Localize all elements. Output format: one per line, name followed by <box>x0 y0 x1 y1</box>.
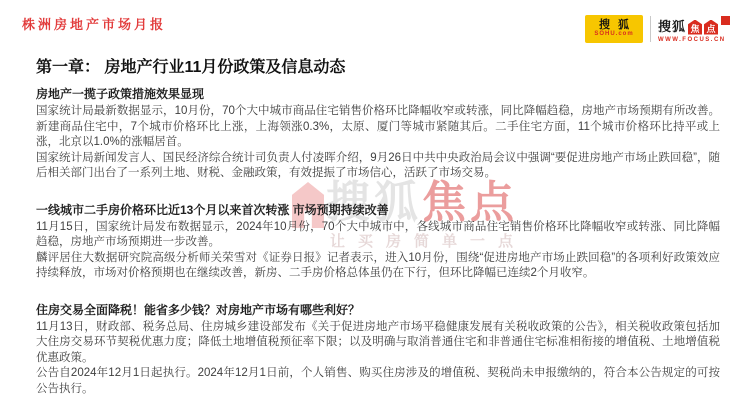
focus-house-icon: 焦 <box>688 20 702 35</box>
section-paragraph: 公告自2024年12月1日起执行。2024年12月1日前，个人销售、购买住房涉及… <box>36 366 720 397</box>
section-heading: 房地产一揽子政策措施效果显现 <box>36 86 720 102</box>
section-paragraph: 麟评居住大数据研究院高级分析师关荣雪对《证券日报》记者表示，进入10月份，围绕“… <box>36 251 720 282</box>
section-heading: 一线城市二手房价格环比近13个月以来首次转涨 市场预期持续改善 <box>36 202 720 218</box>
focus-logo-caption: WWW.FOCUS.CN <box>658 37 726 43</box>
focus-logo-badge <box>721 16 730 25</box>
focus-logo-prefix: 搜狐 <box>658 16 686 35</box>
section-paragraph: 11月13日，财政部、税务总局、住房城乡建设部发布《关于促进房地产市场平稳健康发… <box>36 320 720 367</box>
sohu-logo-text: 搜狐 <box>591 20 637 31</box>
section-paragraph: 国家统计局最新数据显示，10月份，70个大中城市商品住宅销售价格环比降幅收窄或转… <box>36 104 720 151</box>
chapter-title: 第一章： 房地产行业11月份政策及信息动态 <box>36 54 345 77</box>
report-content: 房地产一揽子政策措施效果显现 国家统计局最新数据显示，10月份，70个大中城市商… <box>36 86 720 416</box>
section-paragraph: 国家统计局新闻发言人、国民经济综合统计司负责人付凌晖介绍，9月26日中共中央政治… <box>36 151 720 182</box>
section-policy-effect: 房地产一揽子政策措施效果显现 国家统计局最新数据显示，10月份，70个大中城市商… <box>36 86 720 182</box>
section-heading: 住房交易全面降税！能省多少钱？对房地产市场有哪些利好？ <box>36 302 720 318</box>
section-tax-cuts: 住房交易全面降税！能省多少钱？对房地产市场有哪些利好？ 11月13日，财政部、税… <box>36 302 720 398</box>
sohu-logo-caption: SOHU.com <box>594 31 633 38</box>
sohu-focus-logo: 搜狐 焦 点 WWW.FOCUS.CN <box>658 16 730 43</box>
focus-house-icon: 点 <box>704 20 718 35</box>
sohu-logo: 搜狐 SOHU.com <box>585 15 643 43</box>
logo-area: 搜狐 SOHU.com 搜狐 焦 点 WWW.FOCUS.CN <box>585 15 730 43</box>
logo-divider <box>650 16 651 42</box>
section-secondhand-prices: 一线城市二手房价格环比近13个月以来首次转涨 市场预期持续改善 11月15日，国… <box>36 202 720 282</box>
section-paragraph: 11月15日，国家统计局发布数据显示，2024年10月份，70个大中城市中，各线… <box>36 220 720 251</box>
report-title: 株洲房地产市场月报 <box>22 14 166 33</box>
